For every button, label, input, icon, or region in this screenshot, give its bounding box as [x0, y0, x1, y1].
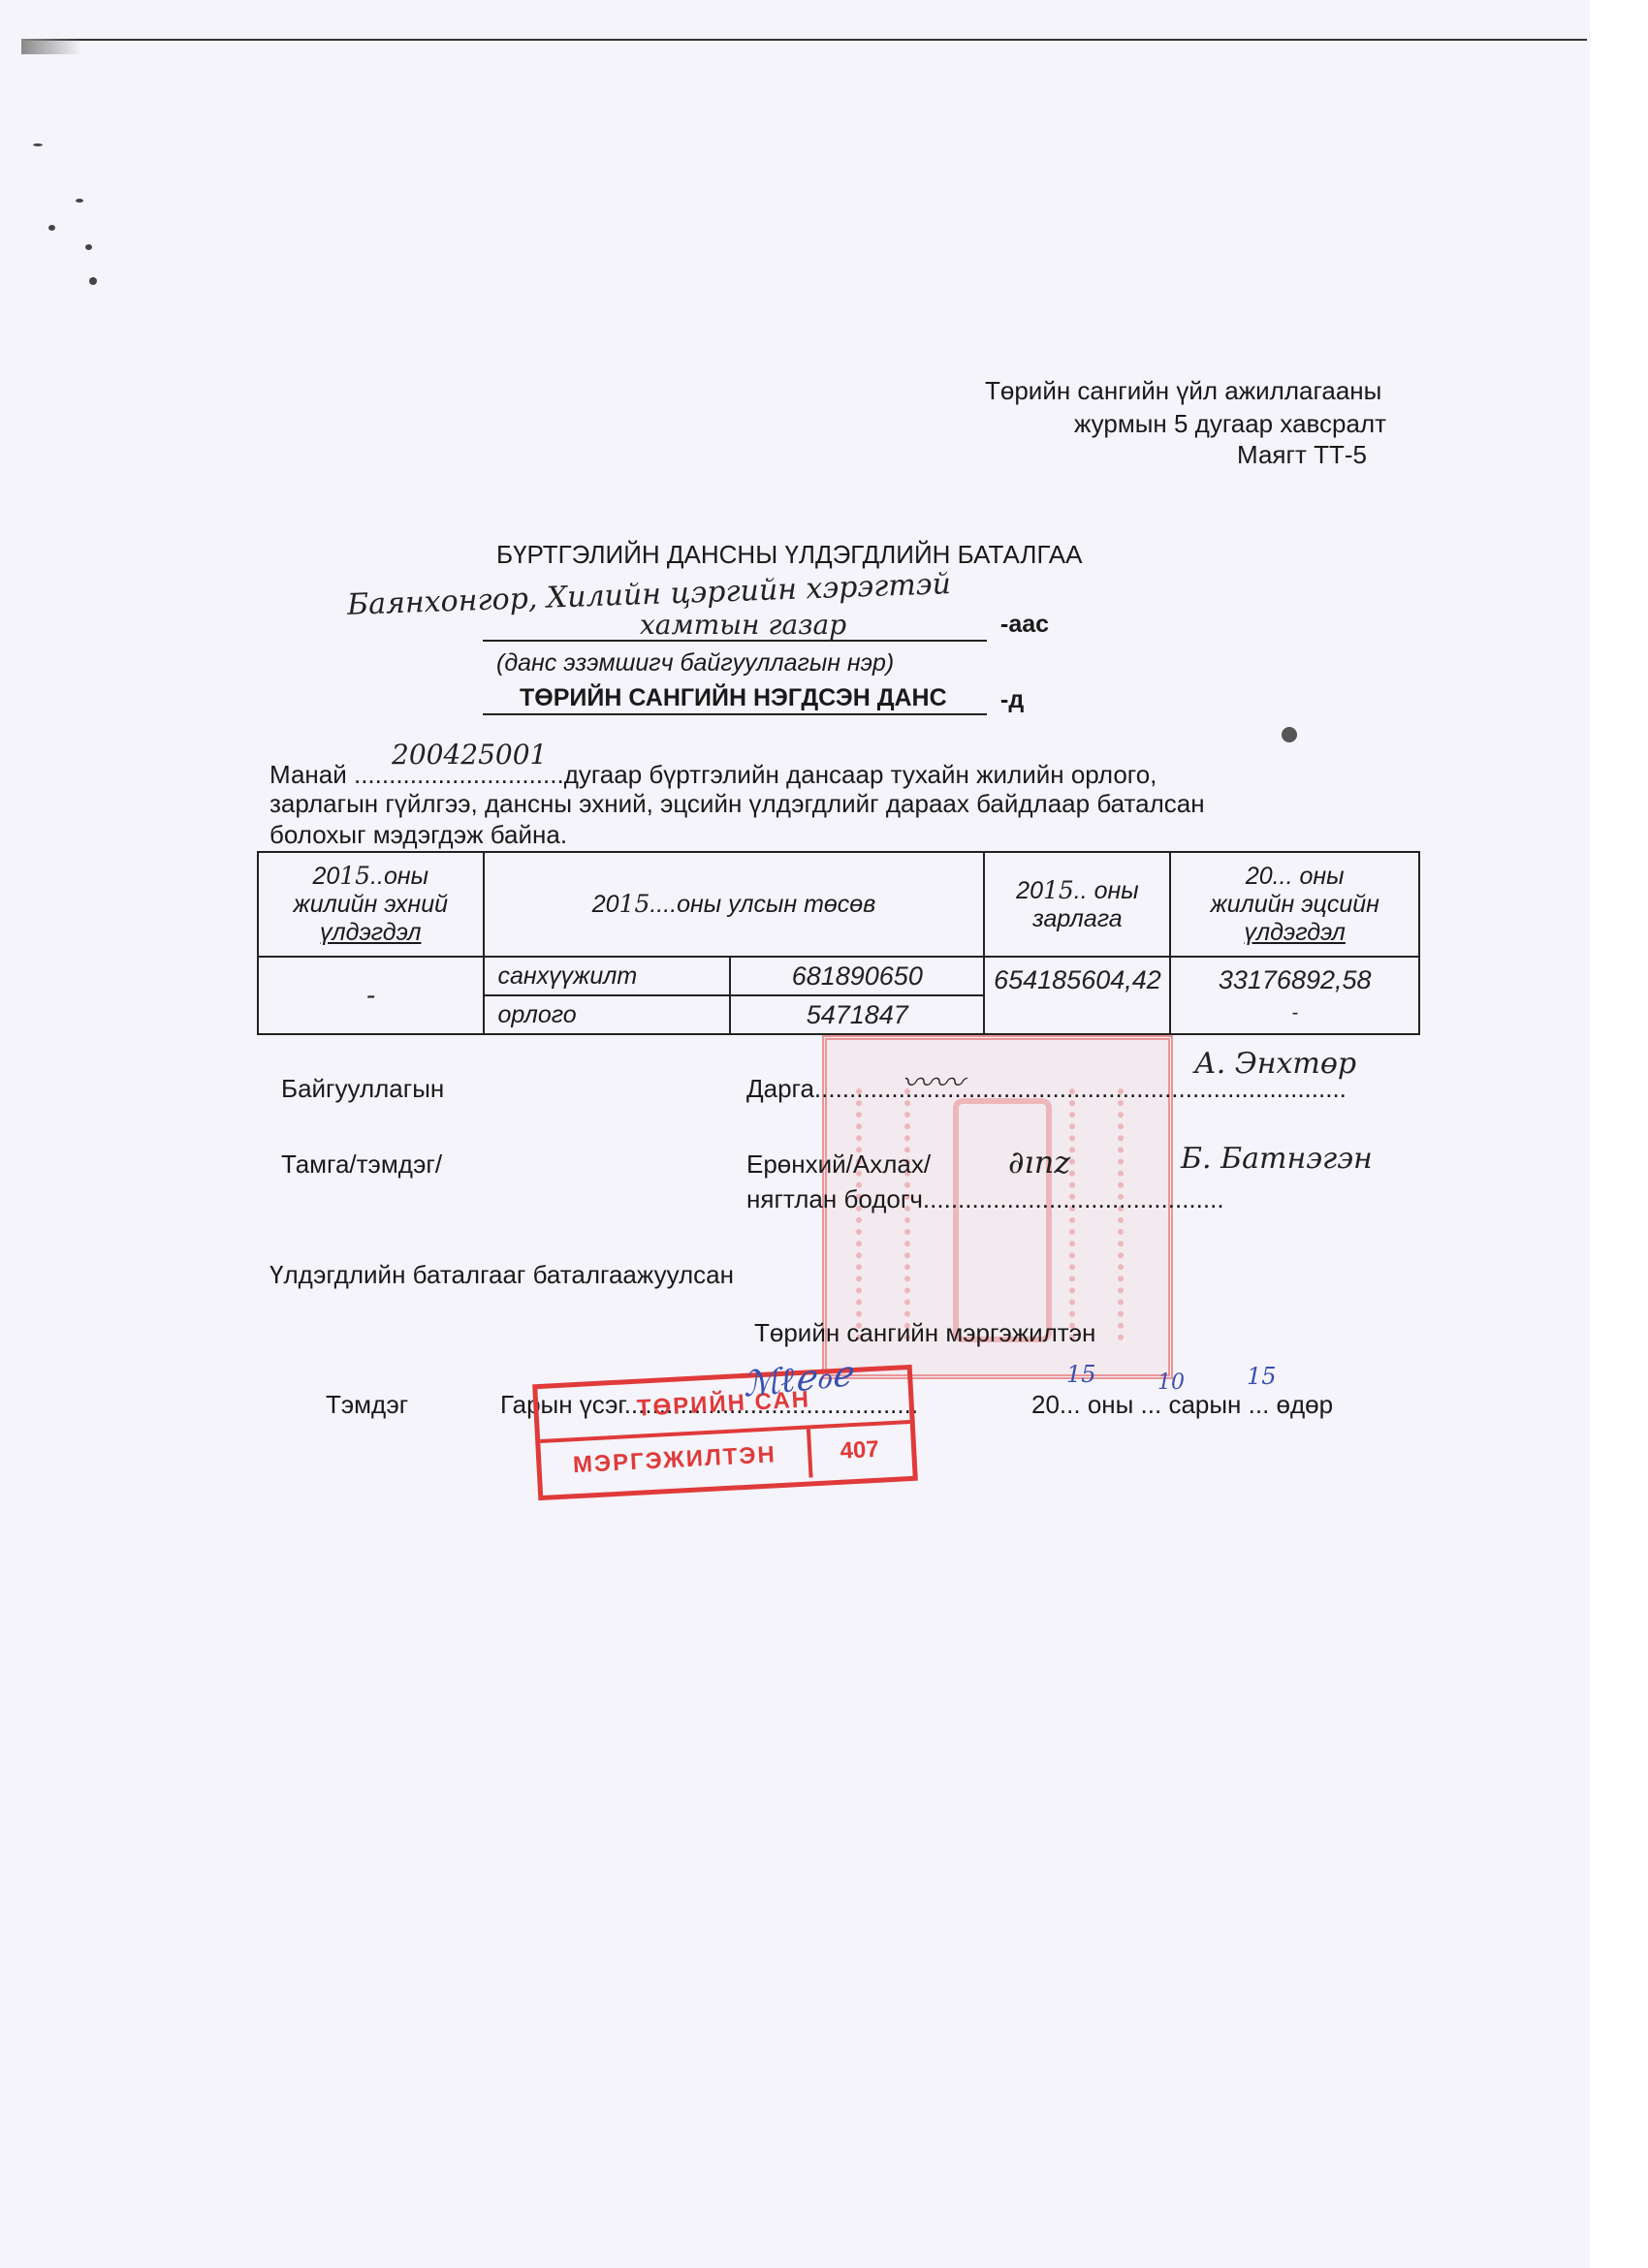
header-state-budget: 2015....оны улсын төсөв	[484, 852, 985, 957]
header-closing-balance: 20... оны жилийн эцсийн үлдэгдэл	[1170, 852, 1419, 957]
date-day-handwritten: 15	[1247, 1363, 1277, 1390]
verification-title: Үлдэгдлийн баталгааг баталгаажуулсан	[269, 1260, 734, 1290]
seal-script-right2	[1118, 1088, 1157, 1340]
expenditure-value: 654185604,42	[984, 957, 1170, 1034]
expenditure-year-handwritten: 15	[1043, 876, 1074, 904]
accountant-label-line1: Ерөнхий/Ахлах/	[746, 1150, 931, 1180]
recipient-underline	[483, 713, 987, 715]
account-number-handwritten: 200425001	[392, 739, 547, 771]
seal-script-right	[1069, 1088, 1108, 1340]
scan-speck	[85, 244, 92, 250]
budget-item-value: 681890650	[730, 957, 984, 995]
opening-year-handwritten: 15	[339, 862, 370, 890]
header-expenditure: 2015.. оны зарлага	[984, 852, 1170, 957]
statement-line1-rest: дугаар бүртгэлийн дансаар тухайн жилийн …	[564, 760, 1157, 789]
stamp-label: Тэмдэг	[326, 1390, 408, 1420]
accountant-signature-dots: ........................................…	[923, 1184, 1224, 1213]
scan-speck	[76, 199, 83, 203]
scan-speck	[89, 277, 97, 285]
table-row-financing: - санхүүжилт 681890650 654185604,42 3317…	[258, 957, 1419, 995]
balance-table: 2015..оны жилийн эхний үлдэгдэл 2015....…	[257, 851, 1420, 1035]
opening-balance-value: -	[258, 957, 484, 1034]
soyombo-emblem-icon	[953, 1098, 1052, 1342]
seal-label: Тамга/тэмдэг/	[281, 1150, 442, 1180]
org-label: Байгууллагын	[281, 1074, 444, 1104]
director-name-handwritten: А. Энхтөр	[1194, 1047, 1356, 1081]
accountant-name-handwritten: Б. Батнэгэн	[1181, 1142, 1373, 1176]
scan-edge-line	[21, 39, 1587, 41]
owner-suffix: -аас	[1000, 611, 1049, 639]
budget-item-value: 5471847	[730, 995, 984, 1034]
recipient-suffix: -д	[1000, 686, 1024, 714]
budget-item-label: санхүүжилт	[484, 957, 731, 995]
recipient-account: ТӨРИЙН САНГИЙН НЭГДСЭН ДАНС	[520, 684, 947, 712]
statement-line3: болохыг мэдэгдэж байна.	[269, 820, 567, 850]
date-month-handwritten: 10	[1157, 1370, 1185, 1395]
statement-line2: зарлагын гүйлгээ, дансны эхний, эцсийн ү…	[269, 789, 1205, 819]
scan-speck	[48, 225, 55, 231]
seal-script-left2	[904, 1088, 943, 1340]
owner-name-underline	[483, 640, 987, 642]
budget-year-handwritten: 15	[619, 890, 650, 918]
director-signature: 〰〰	[902, 1058, 964, 1103]
date-year-handwritten: 15	[1066, 1361, 1096, 1388]
accountant-line: нягтлан бодогч..........................…	[746, 1184, 1224, 1214]
accountant-signature: ∂ınz	[1008, 1144, 1070, 1181]
budget-item-label: орлого	[484, 995, 731, 1034]
treasury-specialist-label: Төрийн сангийн мэргэжилтэн	[754, 1318, 1095, 1348]
stamp-number: 407	[807, 1424, 912, 1478]
form-code: Маягт ТТ-5	[1237, 440, 1367, 470]
statement-prefix: Манай	[269, 760, 354, 789]
page-title: БҮРТГЭЛИЙН ДАНСНЫ ҮЛДЭГДЛИЙН БАТАЛГАА	[496, 540, 1082, 570]
header-opening-balance: 2015..оны жилийн эхний үлдэгдэл	[258, 852, 484, 957]
director-label: Дарга	[746, 1074, 814, 1103]
owner-caption: (данс эзэмшигч байгууллагын нэр)	[496, 649, 894, 677]
owner-name-handwritten-line2: хамтын газар	[640, 609, 846, 641]
scan-speck	[1282, 727, 1297, 742]
table-header-row: 2015..оны жилийн эхний үлдэгдэл 2015....…	[258, 852, 1419, 957]
treasury-specialist-stamp: ТӨРИЙН САН МЭРГЭЖИЛТЭН 407	[532, 1365, 918, 1500]
scan-speck	[33, 143, 43, 146]
document-page	[0, 0, 1590, 2268]
accountant-label-line2: нягтлан бодогч	[746, 1184, 923, 1213]
header-note-line2: журмын 5 дугаар хавсралт	[1074, 409, 1386, 439]
scan-smudge	[21, 39, 81, 54]
header-note-line1: Төрийн сангийн үйл ажиллагааны	[985, 376, 1381, 406]
closing-balance-value: 33176892,58 -	[1170, 957, 1419, 1034]
seal-script-left	[856, 1088, 895, 1340]
